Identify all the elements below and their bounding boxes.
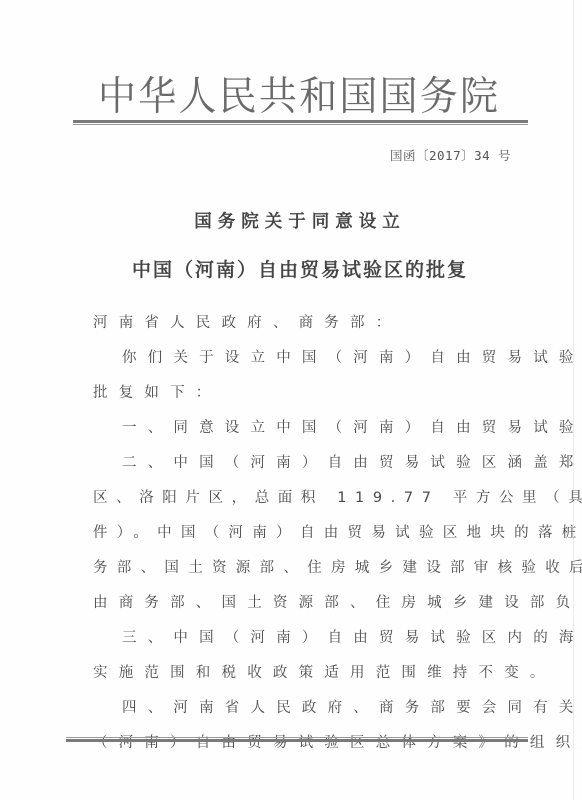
masthead-char: 华 [138,71,176,121]
body-line: 区、洛阳片区，总面积 119.77 平方公里（具体四至范围见附 [93,486,513,521]
masthead-char: 国 [380,71,418,121]
masthead-char: 和 [299,71,337,121]
footer-divider [66,737,528,742]
body-line: 件）。中国（河南）自由贸易试验区地块的落桩定界工作，经商 [93,521,513,556]
document-body: 河南省人民政府、商务部： 你们关于设立中国（河南）自由贸易试验区的请示收悉。现 … [93,311,513,766]
masthead-char: 院 [460,71,498,121]
masthead-title: 中 华 人 民 共 和 国 国 务 院 [98,72,498,120]
body-line: 一、同意设立中国（河南）自由贸易试验区。 [93,416,513,451]
addressee: 河南省人民政府、商务部： [93,311,513,346]
body-line: 四、河南省人民政府、商务部要会同有关部门做好《中国 [93,696,513,731]
masthead-char: 民 [219,71,257,121]
body-line: 务部、国土资源部、住房城乡建设部审核验收后报国务院备案， [93,556,513,591]
masthead-divider [73,120,528,125]
masthead-char: 共 [259,71,297,121]
masthead-char: 中 [98,71,136,121]
body-line: 二、中国（河南）自由贸易试验区涵盖郑州片区、开封片 [93,451,513,486]
masthead-char: 国 [339,71,377,121]
body-line: 批复如下： [93,381,513,416]
page-edge [573,0,574,800]
masthead-char: 人 [178,71,216,121]
body-line: 你们关于设立中国（河南）自由贸易试验区的请示收悉。现 [93,346,513,381]
body-line: 由商务部、国土资源部、住房城乡建设部负责发布。 [93,591,513,626]
masthead-char: 务 [420,71,458,121]
document-title-line-2: 中国（河南）自由贸易试验区的批复 [0,255,582,282]
document-number: 国函〔2017〕34 号 [390,146,511,164]
body-line: 实施范围和税收政策适用范围维持不变。 [93,661,513,696]
document-title-line-1: 国务院关于同意设立 [0,208,582,233]
body-line: 三、中国（河南）自由贸易试验区内的海关特殊监管区域的 [93,626,513,661]
document-page: 中 华 人 民 共 和 国 国 务 院 国函〔2017〕34 号 国务院关于同意… [0,0,582,800]
